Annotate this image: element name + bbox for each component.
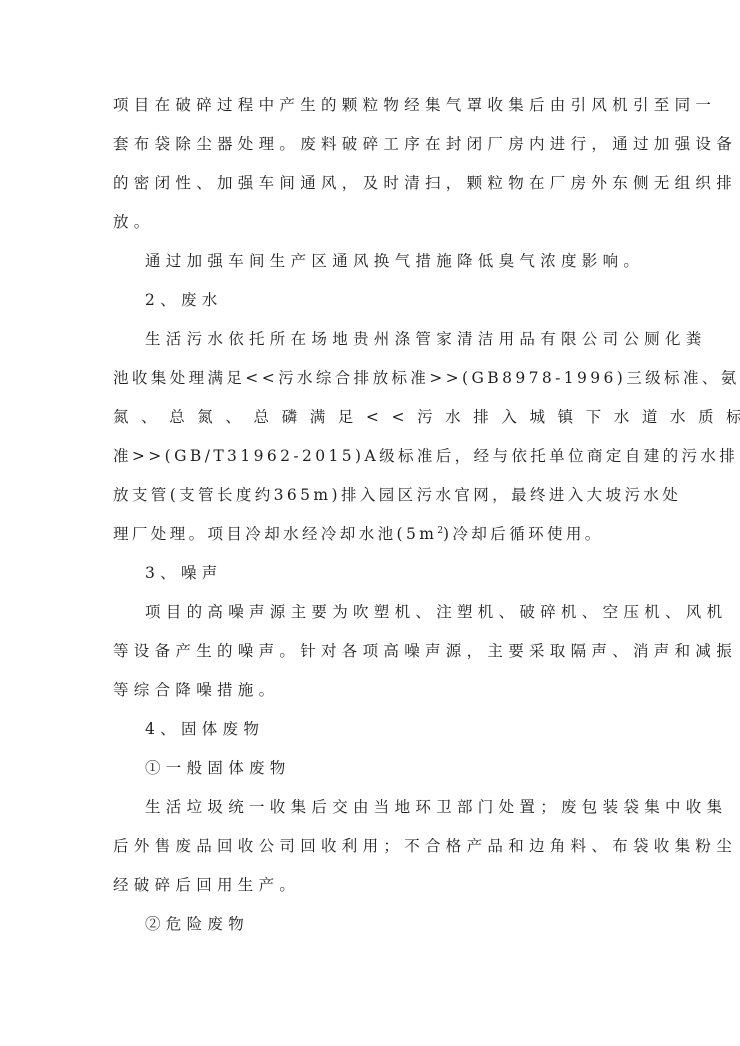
text-line: 经破碎后回用生产。	[113, 872, 627, 911]
text-line: 放。	[113, 209, 627, 248]
section-heading-noise: 3、噪声	[113, 560, 627, 599]
text-line: 项目的高噪声源主要为吹塑机、注塑机、破碎机、空压机、风机	[113, 599, 627, 638]
text-line: 氮、总氮、总磷满足<<污水排入城镇下水道水质标	[113, 404, 627, 443]
text-segment: )冷却后循环使用。	[443, 525, 604, 543]
paragraph-wastewater: 生活污水依托所在场地贵州涤管家清洁用品有限公司公厕化粪 池收集处理满足<<污水综…	[113, 326, 627, 560]
paragraph-odor: 通过加强车间生产区通风换气措施降低臭气浓度影响。	[113, 248, 627, 287]
paragraph-general-solid-waste: 生活垃圾统一收集后交由当地环卫部门处置；废包装袋集中收集 后外售废品回收公司回收…	[113, 794, 627, 911]
text-line: 通过加强车间生产区通风换气措施降低臭气浓度影响。	[113, 248, 627, 287]
subsection-heading-hazardous-waste: ②危险废物	[113, 911, 627, 950]
paragraph-noise: 项目的高噪声源主要为吹塑机、注塑机、破碎机、空压机、风机 等设备产生的噪声。针对…	[113, 599, 627, 716]
section-heading-solid-waste: 4、固体废物	[113, 716, 627, 755]
subsection-heading-general-solid-waste: ①一般固体废物	[113, 755, 627, 794]
text-line: 池收集处理满足<<污水综合排放标准>>(GB8978-1996)三级标准、氨	[113, 365, 627, 404]
text-line: 理厂处理。项目冷却水经冷却水池(5m2)冷却后循环使用。	[113, 521, 627, 560]
text-line: 放支管(支管长度约365m)排入园区污水官网，最终进入大坡污水处	[113, 482, 627, 521]
text-line: 项目在破碎过程中产生的颗粒物经集气罩收集后由引风机引至同一	[113, 92, 627, 131]
text-line: 套布袋除尘器处理。废料破碎工序在封闭厂房内进行，通过加强设备	[113, 131, 627, 170]
text-line: 生活污水依托所在场地贵州涤管家清洁用品有限公司公厕化粪	[113, 326, 627, 365]
paragraph-exhaust-particulate: 项目在破碎过程中产生的颗粒物经集气罩收集后由引风机引至同一 套布袋除尘器处理。废…	[113, 92, 627, 248]
text-line: 等设备产生的噪声。针对各项高噪声源，主要采取隔声、消声和减振	[113, 638, 627, 677]
text-line: 等综合降噪措施。	[113, 677, 627, 716]
section-heading-wastewater: 2、废水	[113, 287, 627, 326]
text-line: 后外售废品回收公司回收利用；不合格产品和边角料、布袋收集粉尘	[113, 833, 627, 872]
document-page: 项目在破碎过程中产生的颗粒物经集气罩收集后由引风机引至同一 套布袋除尘器处理。废…	[113, 92, 627, 950]
text-line: 的密闭性、加强车间通风，及时清扫，颗粒物在厂房外东侧无组织排	[113, 170, 627, 209]
text-line: 准>>(GB/T31962-2015)A级标准后，经与依托单位商定自建的污水排	[113, 443, 627, 482]
text-line: 生活垃圾统一收集后交由当地环卫部门处置；废包装袋集中收集	[113, 794, 627, 833]
text-segment: 理厂处理。项目冷却水经冷却水池(5m	[113, 525, 437, 543]
